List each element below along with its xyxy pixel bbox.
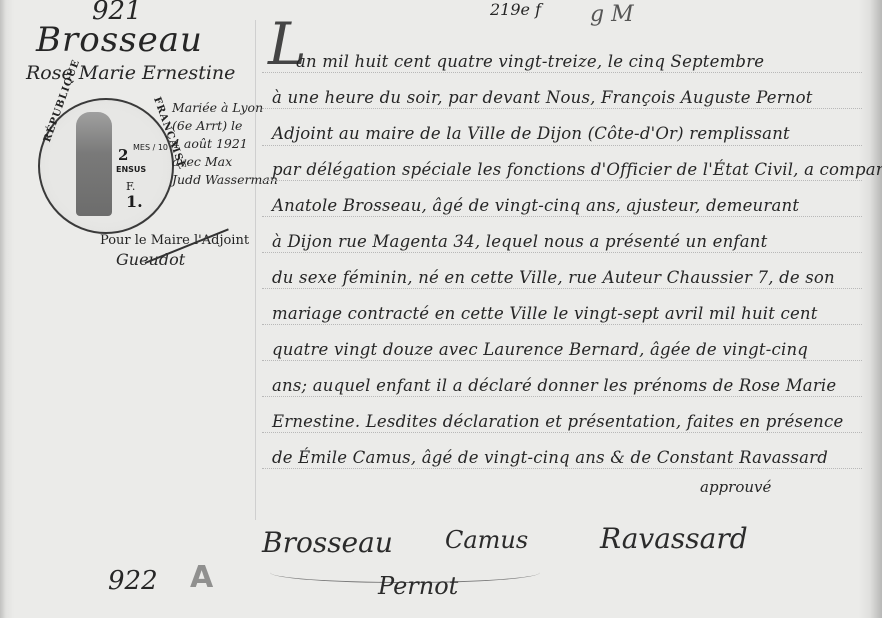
margin-surname: Brosseau [36,20,203,60]
father-signature: Brosseau [262,526,393,559]
record-line: par délégation spéciale les fonctions d'… [272,160,882,179]
next-entry-number: 922 [108,566,158,596]
ruled-line [262,216,862,217]
next-entry-stamp: A [190,560,213,595]
mayor-stamp-label: Pour le Maire l'Adjoint [100,233,249,248]
record-line: mariage contracté en cette Ville le ving… [272,304,818,323]
ruled-line [262,252,862,253]
stamp-census: ENSUS [116,165,146,174]
official-signature: Pernot [378,572,458,600]
ruled-line [262,432,862,433]
ruled-line [262,324,862,325]
record-line: Adjoint au maire de la Ville de Dijon (C… [272,124,790,143]
stamp-value: 2 [118,146,128,164]
ruled-line [262,468,862,469]
ruled-line [262,288,862,289]
fiscal-stamp: RÉPUBLIQUE FRANÇAISE 2 MES / 10 ENSUS F.… [38,98,174,234]
ruled-line [262,180,862,181]
witness-signature-2: Ravassard [600,522,748,555]
folio-mark: g M [590,2,634,27]
ruled-line [262,360,862,361]
ruled-line [262,145,862,146]
folio-number: 219e f [490,0,541,19]
marginal-note-line: Mariée à Lyon [172,100,263,116]
record-line: ans; auquel enfant il a déclaré donner l… [272,376,836,395]
margin-given-names: Rose Marie Ernestine [26,62,235,84]
ruled-line [262,72,862,73]
record-line: an mil huit cent quatre vingt-treize, le… [296,52,764,71]
record-line: à Dijon rue Magenta 34, lequel nous a pr… [272,232,767,251]
ruled-line [262,108,862,109]
record-line: Anatole Brosseau, âgé de vingt-cinq ans,… [272,196,799,215]
record-line: quatre vingt douze avec Laurence Bernard… [272,340,808,359]
register-page: 921 Brosseau Rose Marie Ernestine RÉPUBL… [0,0,882,618]
ruled-line [262,396,862,397]
approval-note: approuvé [700,478,771,496]
margin-divider [255,20,256,520]
record-line: du sexe féminin, né en cette Ville, rue … [272,268,835,287]
record-line: de Émile Camus, âgé de vingt-cinq ans & … [272,448,828,467]
marginal-note-line: 4 août 1921 [172,136,248,152]
record-line: Ernestine. Lesdites déclaration et prése… [272,412,843,431]
stamp-cents: MES / 10 [133,143,168,152]
marginal-note-line: avec Max [172,154,232,170]
witness-signature-1: Camus [445,526,528,554]
marianne-figure-icon [76,112,112,216]
marginal-note-line: (6e Arrt) le [172,118,242,134]
record-line: à une heure du soir, par devant Nous, Fr… [272,88,813,107]
stamp-one: 1. [126,192,143,211]
